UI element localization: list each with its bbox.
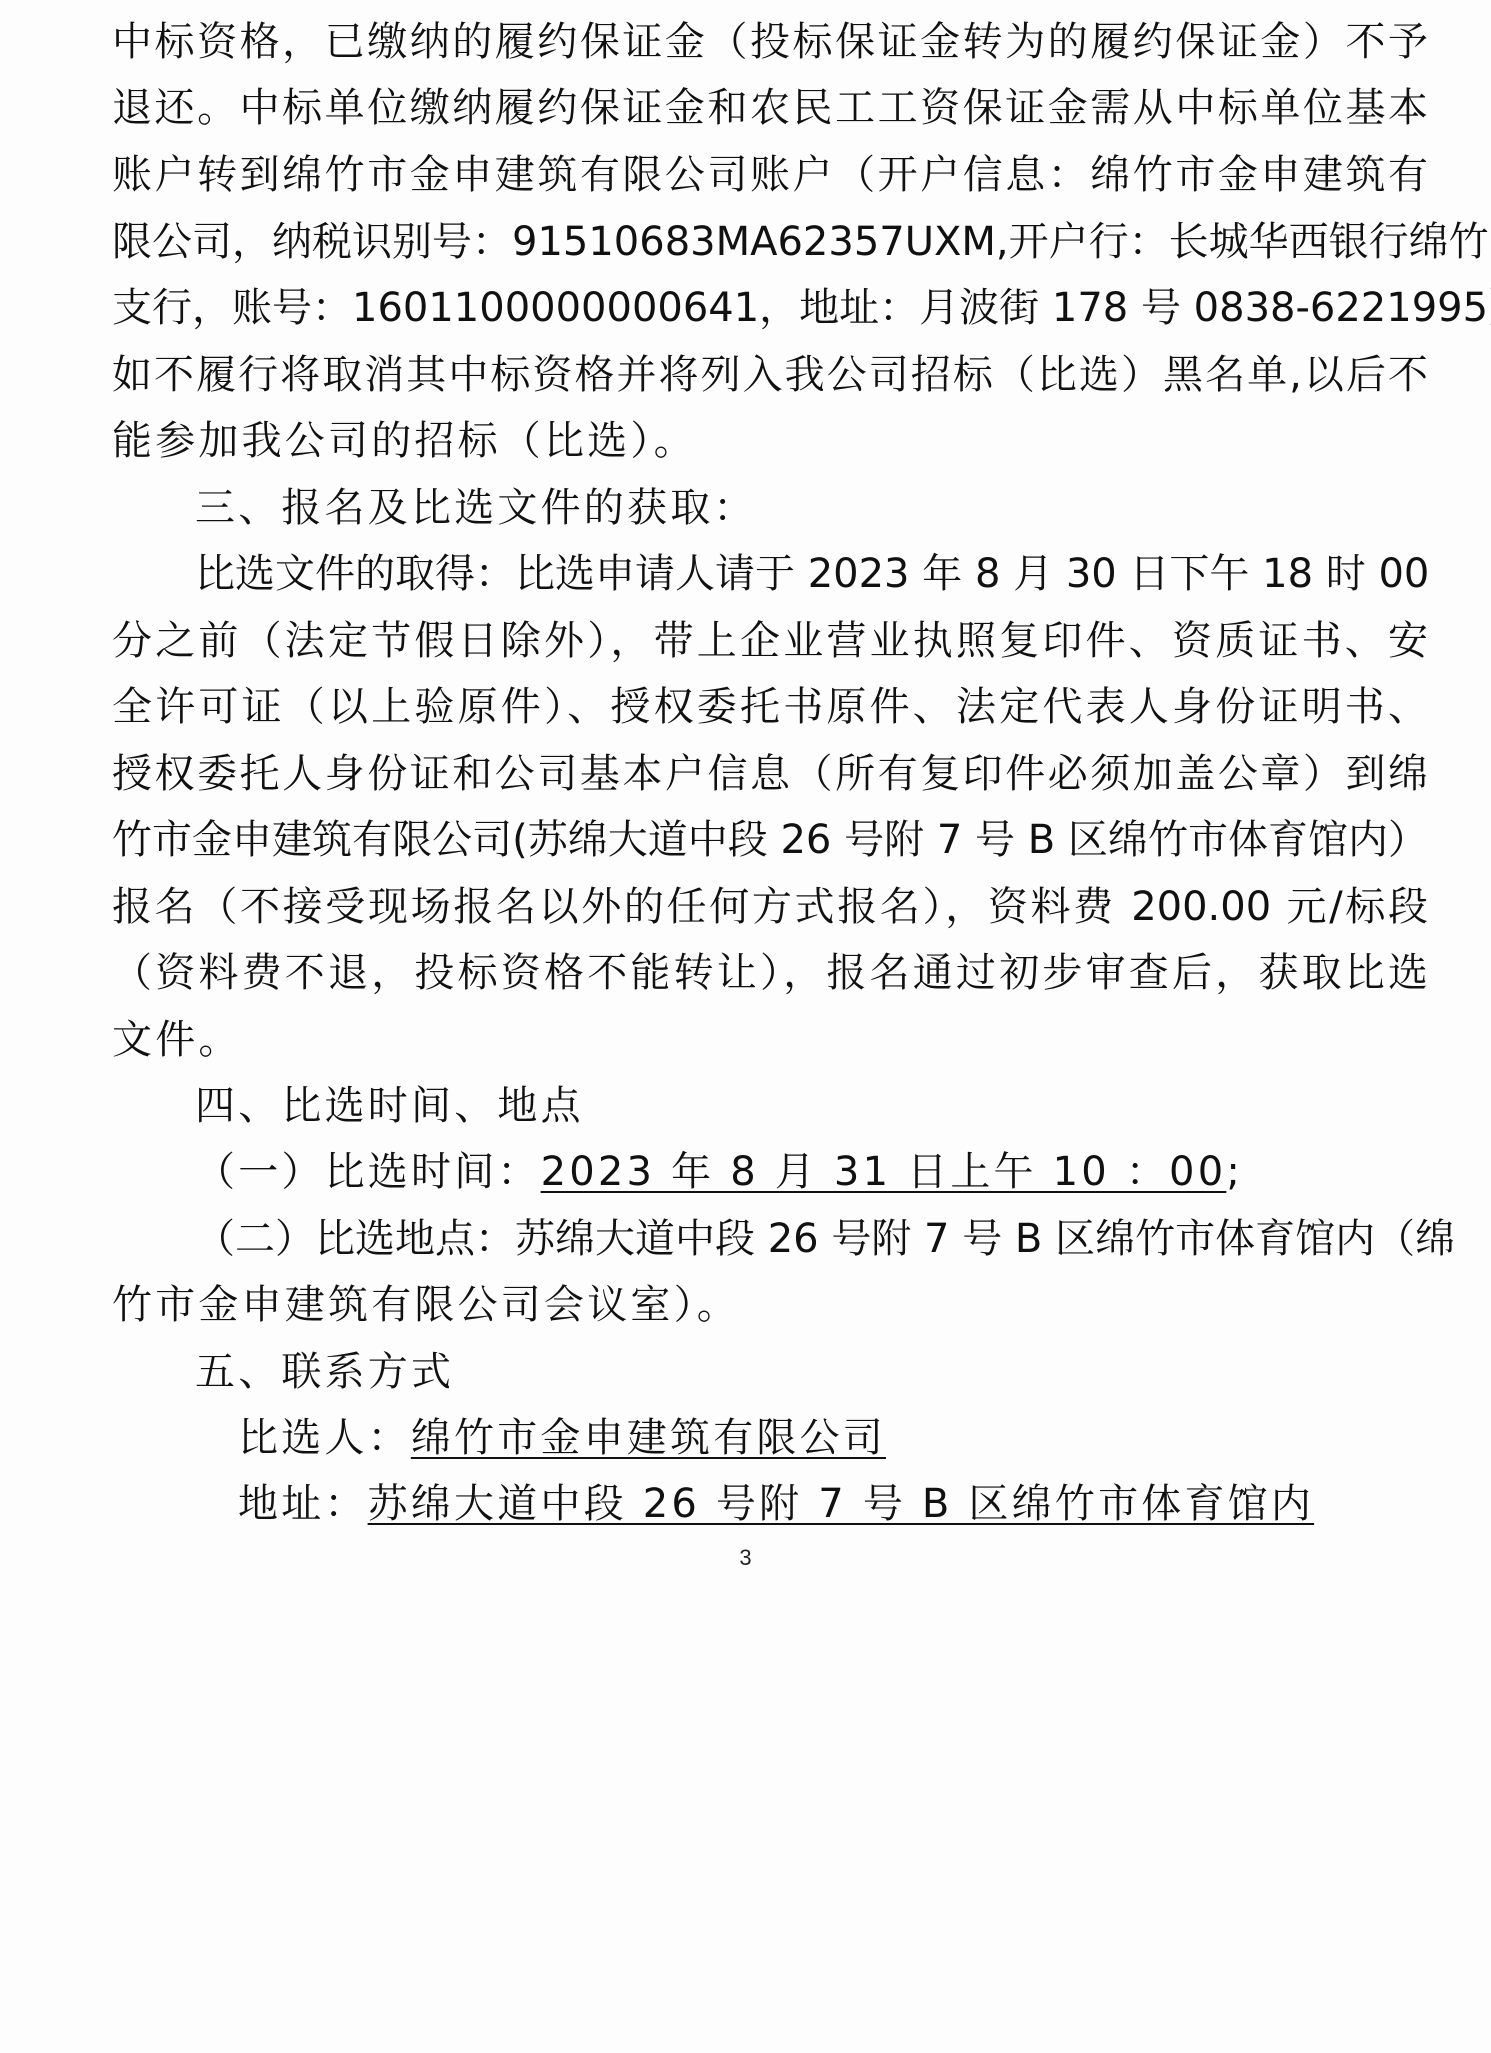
bid-time-value: 2023 年 8 月 31 日上午 10 ：00 [541,1149,1227,1195]
paragraph-line: 退还。中标单位缴纳履约保证金和农民工工资保证金需从中标单位基本 [112,84,1428,132]
section-heading-4: 四、比选时间、地点 [195,1082,584,1130]
section-heading-3: 三、报名及比选文件的获取： [195,484,757,532]
paragraph-line: 竹市金申建筑有限公司(苏绵大道中段 26 号附 7 号 B 区绵竹市体育馆内） [112,816,1428,864]
section-heading-5: 五、联系方式 [195,1348,454,1396]
address-label: 地址： [238,1481,368,1527]
address-value: 苏绵大道中段 26 号附 7 号 B 区绵竹市体育馆内 [368,1481,1314,1527]
paragraph-line: 比选文件的取得：比选申请人请于 2023 年 8 月 30 日下午 18 时 0… [195,550,1428,598]
address-line: 地址：苏绵大道中段 26 号附 7 号 B 区绵竹市体育馆内 [238,1480,1314,1528]
bid-time-suffix: ; [1226,1149,1243,1195]
bid-time-line: （一）比选时间：2023 年 8 月 31 日上午 10 ：00; [195,1148,1243,1196]
page-number: 3 [0,1545,1491,1571]
paragraph-line: 授权委托人身份证和公司基本户信息（所有复印件必须加盖公章）到绵 [112,750,1428,798]
paragraph-line: 如不履行将取消其中标资格并将列入我公司招标（比选）黑名单,以后不 [112,351,1428,399]
paragraph-line: 限公司，纳税识别号：91510683MA62357UXM,开户行：长城华西银行绵… [112,218,1428,266]
paragraph-line: 支行，账号：1601100000000641，地址：月波街 178 号 0838… [112,284,1428,332]
bid-time-label: （一）比选时间： [195,1149,541,1195]
paragraph-line: 报名（不接受现场报名以外的任何方式报名），资料费 200.00 元/标段 [112,883,1428,931]
paragraph-line: 全许可证（以上验原件）、授权委托书原件、法定代表人身份证明书、 [112,683,1428,731]
paragraph-line: （资料费不退，投标资格不能转让），报名通过初步审查后，获取比选 [112,949,1428,997]
contact-label: 比选人： [238,1415,411,1461]
contact-value: 绵竹市金申建筑有限公司 [411,1415,886,1461]
contact-line: 比选人：绵竹市金申建筑有限公司 [238,1414,886,1462]
bid-place-line-continued: 竹市金申建筑有限公司会议室）。 [112,1281,740,1329]
paragraph-line: 账户转到绵竹市金申建筑有限公司账户（开户信息：绵竹市金申建筑有 [112,151,1428,199]
paragraph-line: 中标资格，已缴纳的履约保证金（投标保证金转为的履约保证金）不予 [112,18,1428,66]
paragraph-line: 能参加我公司的招标（比选）。 [112,417,697,465]
document-page: 中标资格，已缴纳的履约保证金（投标保证金转为的履约保证金）不予 退还。中标单位缴… [0,0,1491,2053]
paragraph-line: 分之前（法定节假日除外），带上企业营业执照复印件、资质证书、安 [112,617,1428,665]
bid-place-line: （二）比选地点：苏绵大道中段 26 号附 7 号 B 区绵竹市体育馆内（绵 [195,1215,1428,1263]
paragraph-line: 文件。 [112,1016,242,1064]
